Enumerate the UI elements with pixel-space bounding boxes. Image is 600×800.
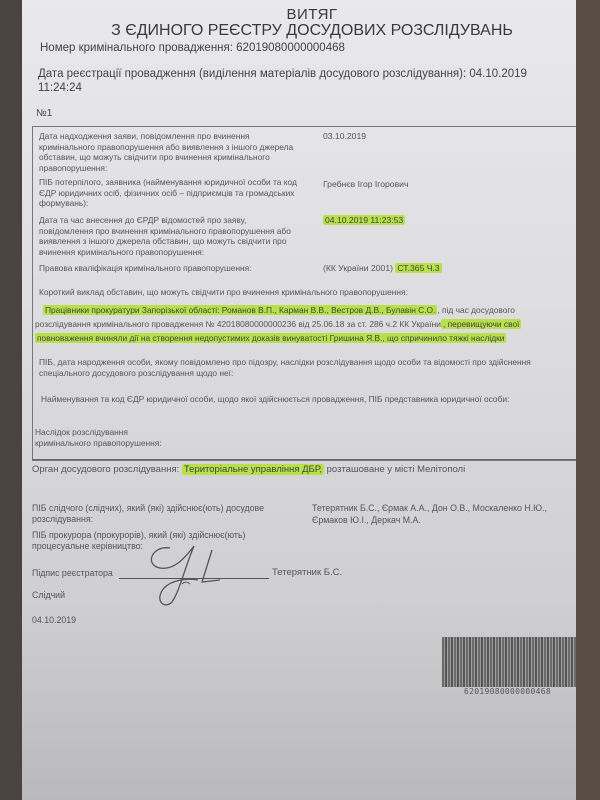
document-date: 04.10.2019 — [32, 615, 76, 626]
barcode-number: 62019080000000468 — [464, 687, 551, 696]
row-value-qualification: (КК України 2001) СТ.365 Ч.3 — [323, 263, 442, 273]
signature-icon — [142, 540, 252, 610]
investigators-line-1: Тетерятник Б.С., Єрмак А.А., Дон О.В., М… — [312, 503, 547, 514]
document-title: ВИТЯГ — [22, 6, 600, 23]
row-label-victim: ПІБ потерпілого, заявника (найменування … — [39, 177, 299, 209]
register-table: Дата надходження заяви, повідомлення про… — [32, 126, 594, 461]
investigators-label: ПІБ слідчого (слідчих), який (які) здійс… — [32, 503, 302, 524]
row-value-victim: Гребнєв Ігор Ігорович — [323, 179, 408, 189]
row-label-entry-datetime: Дата та час внесення до ЄРДР відомостей … — [39, 215, 299, 257]
investigators-line-2: Єрмаков Ю.І., Деркач М.А. — [312, 515, 421, 526]
summary-line-3: повноваження вчиняли дії на створення не… — [35, 333, 506, 344]
article-code: СТ.365 Ч.3 — [395, 263, 441, 273]
legal-entity-label: Найменування та код ЄДР юридичної особи,… — [41, 394, 581, 405]
row-label-qualification: Правова кваліфікація кримінального право… — [39, 263, 299, 274]
summary-label: Короткий виклад обставин, що можуть свід… — [39, 287, 408, 298]
result-label: Наслідок розслідування кримінального пра… — [35, 427, 185, 448]
document-subtitle: З ЄДИНОГО РЕЄСТРУ ДОСУДОВИХ РОЗСЛІДУВАНЬ — [22, 22, 600, 40]
summary-line-1: Працівники прокуратури Запорізької облас… — [43, 305, 515, 316]
registration-date-line: Дата реєстрації провадження (виділення м… — [38, 68, 527, 80]
document-page: ВИТЯГ З ЄДИНОГО РЕЄСТРУ ДОСУДОВИХ РОЗСЛІ… — [22, 0, 582, 800]
suspect-label: ПІБ, дата народження особи, якому повідо… — [39, 357, 569, 378]
organ-name: Територіальне управління ДБР, — [182, 464, 324, 475]
case-number: 62019080000000468 — [236, 42, 345, 54]
row-value-entry-datetime: 04.10.2019 11:23:53 — [323, 215, 405, 225]
registration-time: 11:24:24 — [38, 82, 82, 94]
barcode — [442, 637, 592, 687]
summary-line-2: розслідування кримінального провадження … — [35, 319, 521, 330]
position-label: Слідчий — [32, 590, 65, 601]
row-label-receipt-date: Дата надходження заяви, повідомлення про… — [39, 131, 299, 173]
registration-date: 04.10.2019 — [469, 68, 527, 80]
registrar-name: Тетерятник Б.С. — [272, 568, 342, 579]
background-table — [576, 0, 600, 800]
row-value-receipt-date: 03.10.2019 — [323, 131, 366, 141]
section-number: №1 — [36, 108, 52, 119]
case-number-line: Номер кримінального провадження: 6201908… — [40, 42, 345, 54]
investigation-organ: Орган досудового розслідування: Територі… — [32, 465, 465, 476]
signature-label: Підпис реєстратора — [32, 568, 113, 579]
